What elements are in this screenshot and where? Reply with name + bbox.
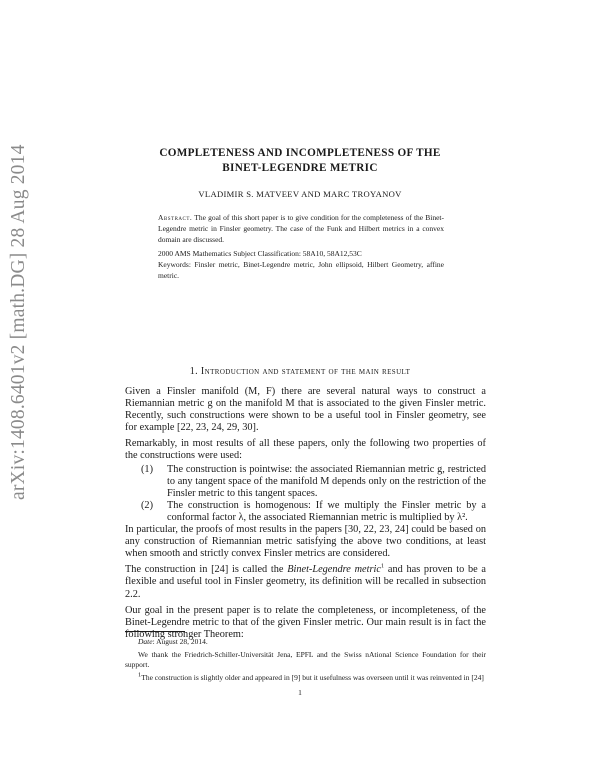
paragraph-1: Given a Finsler manifold (M, F) there ar… (125, 386, 486, 434)
list-item: (2)The construction is homogenous: If we… (141, 500, 486, 524)
date-label: Date (138, 637, 153, 646)
arxiv-identifier-stamp: arXiv:1408.6401v2 [math.DG] 28 Aug 2014 (8, 144, 30, 500)
title-line-2: BINET-LEGENDRE METRIC (100, 161, 500, 176)
list-item-number: (1) (141, 464, 153, 476)
footnote-1: 1The construction is slightly older and … (125, 673, 486, 684)
list-item-text: The construction is pointwise: the assoc… (167, 464, 486, 499)
keywords: Keywords: Finsler metric, Binet-Legendre… (158, 259, 444, 281)
abstract: Abstract. The goal of this short paper i… (158, 212, 444, 281)
section-body: Given a Finsler manifold (M, F) there ar… (125, 386, 486, 645)
paragraph-4: The construction in [24] is called the B… (125, 564, 486, 600)
p4-text-start: The construction in [24] is called the (125, 564, 287, 575)
title-line-1: COMPLETENESS AND INCOMPLETENESS OF THE (100, 146, 500, 161)
footnote-divider (125, 631, 185, 632)
paragraph-2: Remarkably, in most results of all these… (125, 438, 486, 462)
page-number: 1 (100, 688, 500, 697)
authors: VLADIMIR S. MATVEEV AND MARC TROYANOV (100, 189, 500, 199)
msc-classification: 2000 AMS Mathematics Subject Classificat… (158, 248, 444, 259)
properties-list: (1)The construction is pointwise: the as… (125, 464, 486, 524)
abstract-label: Abstract. (158, 213, 192, 222)
section-heading: 1. Introduction and statement of the mai… (100, 366, 500, 377)
footnotes: Date: August 28, 2014. We thank the Frie… (125, 637, 486, 685)
date-footnote: Date: August 28, 2014. (125, 637, 486, 648)
abstract-text: The goal of this short paper is to give … (158, 213, 444, 244)
list-item-number: (2) (141, 500, 153, 512)
paragraph-3: In particular, the proofs of most result… (125, 524, 486, 560)
abstract-body: Abstract. The goal of this short paper i… (158, 212, 444, 245)
thanks-footnote: We thank the Friedrich-Schiller-Universi… (125, 650, 486, 671)
binet-legendre-term: Binet-Legendre metric (287, 564, 381, 575)
date-value: : August 28, 2014. (153, 637, 208, 646)
paragraph-5: Our goal in the present paper is to rela… (125, 605, 486, 641)
paper-title: COMPLETENESS AND INCOMPLETENESS OF THE B… (100, 146, 500, 176)
list-item: (1)The construction is pointwise: the as… (141, 464, 486, 500)
footnote-1-text: The construction is slightly older and a… (141, 673, 484, 682)
list-item-text: The construction is homogenous: If we mu… (167, 500, 486, 523)
